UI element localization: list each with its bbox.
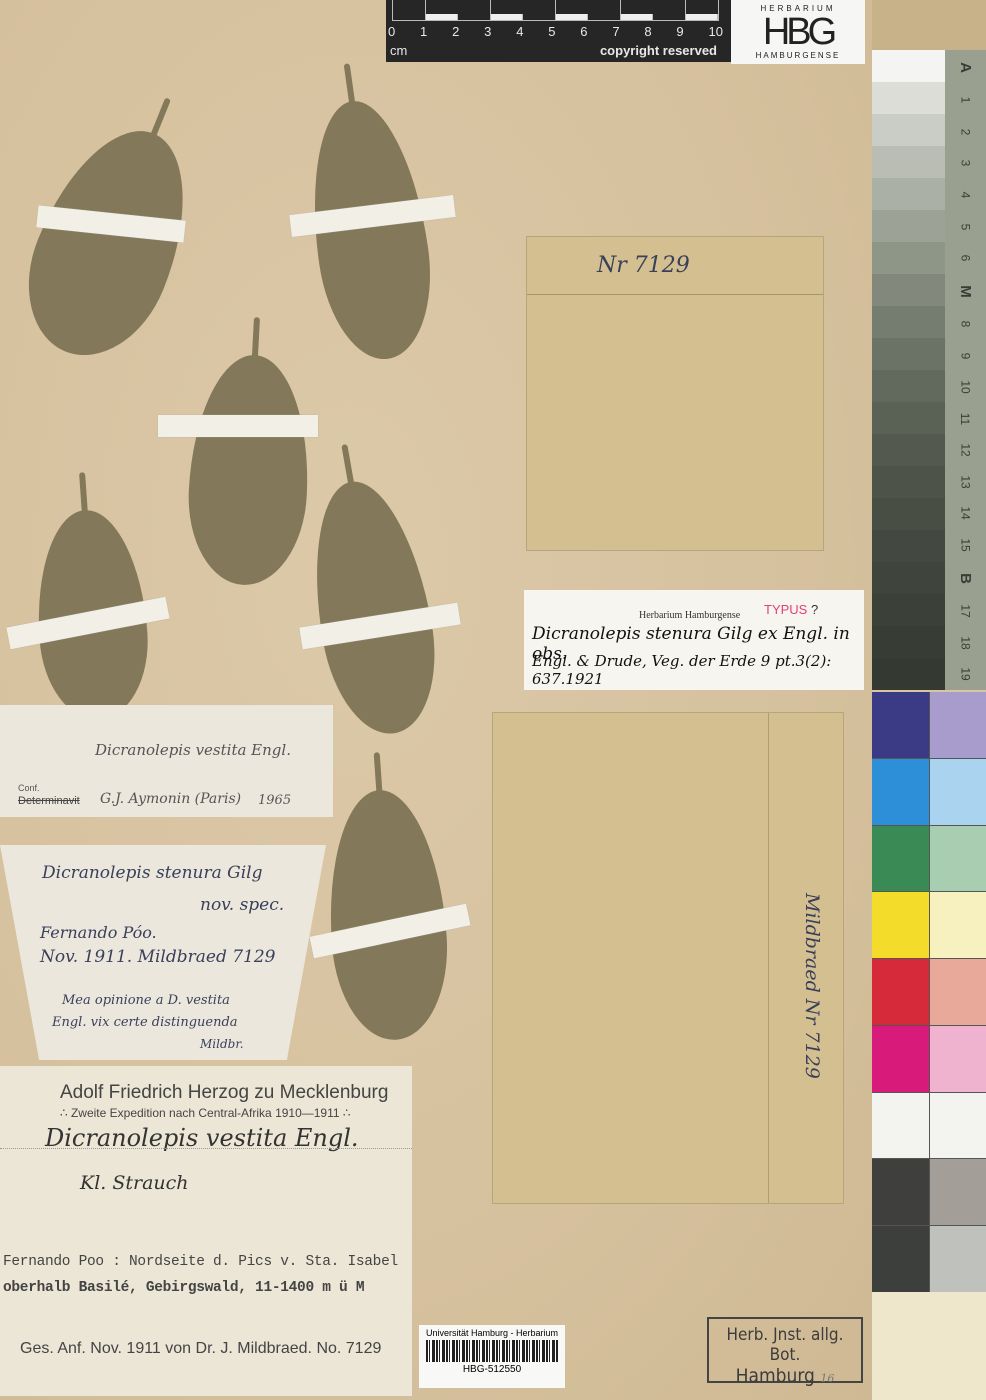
gray-label: B xyxy=(957,573,974,584)
typus-text: TYPUS xyxy=(764,602,807,617)
scale-num: 4 xyxy=(516,24,523,39)
gray-patch xyxy=(872,178,945,210)
det-prefix-note: Conf. xyxy=(18,783,40,793)
gray-patch xyxy=(872,466,945,498)
logo-bottom: HAMBURGENSE xyxy=(731,51,865,60)
scale-unit: cm xyxy=(390,43,407,58)
gray-label: 13 xyxy=(958,475,972,488)
note-line: Fernando Póo. xyxy=(40,923,157,942)
envelope-vertical-note: Mildbraed Nr 7129 xyxy=(793,893,823,1079)
color-patch xyxy=(872,1026,929,1092)
gray-scale-strip xyxy=(872,50,945,690)
scale-num: 3 xyxy=(484,24,491,39)
logo-mark: HBG xyxy=(731,13,865,51)
gray-scale-labels: A123456M89101112131415B171819 xyxy=(945,50,986,690)
note-line: Nov. 1911. Mildbraed 7129 xyxy=(40,947,276,967)
type-label-institution: Herbarium Hamburgense xyxy=(639,610,740,621)
color-patch xyxy=(930,892,986,958)
gray-patch xyxy=(872,370,945,402)
gray-patch xyxy=(872,402,945,434)
envelope-fold xyxy=(768,713,769,1203)
scale-num: 9 xyxy=(676,24,683,39)
chart-margin xyxy=(872,0,986,50)
label-rule xyxy=(0,1148,412,1149)
gray-patch xyxy=(872,658,945,690)
gray-label: 2 xyxy=(959,129,973,136)
color-patch xyxy=(872,1226,929,1292)
gray-label: 5 xyxy=(959,223,973,230)
label-collector: Ges. Anf. Nov. 1911 von Dr. J. Mildbraed… xyxy=(20,1340,381,1358)
gray-patch xyxy=(872,562,945,594)
barcode-label: Universität Hamburg - Herbarium HBG-5125… xyxy=(419,1325,565,1388)
barcode-title: Universität Hamburg - Herbarium xyxy=(419,1328,565,1338)
color-patch xyxy=(930,1093,986,1159)
copyright-text: copyright reserved xyxy=(600,43,717,58)
institute-stamp: Herb. Jnst. allg. Bot. Hamburg 16 xyxy=(707,1317,863,1383)
note-line: Mea opinione a D. vestita xyxy=(62,993,230,1008)
determination-label: Dicranolepis vestita Engl. Conf. Determi… xyxy=(0,705,333,817)
gray-label: 4 xyxy=(959,192,973,199)
label-locality-1: Fernando Poo : Nordseite d. Pics v. Sta.… xyxy=(3,1254,398,1270)
color-patch xyxy=(872,959,929,1025)
det-year: 1965 xyxy=(258,793,291,808)
gray-label: 19 xyxy=(958,667,972,680)
color-patch xyxy=(930,1226,986,1292)
color-patch xyxy=(872,826,929,892)
handwritten-note: Dicranolepis stenura Gilg nov. spec. Fer… xyxy=(0,845,326,1060)
color-checker xyxy=(872,692,986,1292)
color-patch xyxy=(930,959,986,1025)
gray-label: 18 xyxy=(958,636,972,649)
color-patch xyxy=(872,892,929,958)
scale-bar: 0 1 2 3 4 5 6 7 8 9 10 cm copyright rese… xyxy=(386,0,731,62)
stamp-line-2: Hamburg xyxy=(736,1365,815,1387)
type-label: Herbarium Hamburgense TYPUS ? Dicranolep… xyxy=(524,590,864,690)
gray-label: 1 xyxy=(959,97,973,104)
color-patch xyxy=(930,1026,986,1092)
scale-num: 7 xyxy=(612,24,619,39)
gray-label: 17 xyxy=(958,604,972,617)
scale-num: 1 xyxy=(420,24,427,39)
gray-patch xyxy=(872,338,945,370)
seed-envelope-top: Nr 7129 xyxy=(526,236,824,551)
scale-num: 2 xyxy=(452,24,459,39)
gray-label: A xyxy=(957,62,974,73)
stamp-line-1: Herb. Jnst. allg. Bot. xyxy=(709,1325,861,1365)
typus-stamp: TYPUS ? xyxy=(764,602,818,617)
color-patch xyxy=(872,692,929,758)
scale-num: 10 xyxy=(708,24,722,39)
gray-label: 15 xyxy=(958,538,972,551)
gray-label: 12 xyxy=(958,444,972,457)
gray-patch xyxy=(872,114,945,146)
det-species: Dicranolepis vestita Engl. xyxy=(95,741,291,759)
gray-patch xyxy=(872,434,945,466)
color-patch xyxy=(872,759,929,825)
gray-patch xyxy=(872,242,945,274)
color-patch xyxy=(930,692,986,758)
color-patch xyxy=(930,1159,986,1225)
label-header: Adolf Friedrich Herzog zu Mecklenburg xyxy=(60,1082,388,1104)
gray-patch xyxy=(872,210,945,242)
gray-patch xyxy=(872,626,945,658)
envelope-flap-line xyxy=(527,294,823,295)
scale-numbers: 0 1 2 3 4 5 6 7 8 9 10 xyxy=(388,24,723,39)
gray-patch xyxy=(872,146,945,178)
gray-label: 3 xyxy=(959,160,973,167)
note-line: Mildbr. xyxy=(200,1037,244,1051)
note-line: Dicranolepis stenura Gilg xyxy=(42,863,263,883)
gray-patch xyxy=(872,306,945,338)
gray-label: M xyxy=(957,285,974,298)
label-locality-2: oberhalb Basilé, Gebirgswald, 11-1400 m … xyxy=(3,1280,364,1296)
gray-label: 8 xyxy=(959,321,973,328)
gray-patch xyxy=(872,530,945,562)
gray-label: 9 xyxy=(959,352,973,359)
det-determiner: G.J. Aymonin (Paris) xyxy=(100,791,241,807)
seed-envelope-bottom: Mildbraed Nr 7129 xyxy=(492,712,844,1204)
color-patch xyxy=(872,1093,929,1159)
note-line: nov. spec. xyxy=(200,895,284,915)
chart-bottom xyxy=(872,1292,986,1400)
envelope-number: Nr 7129 xyxy=(597,253,690,278)
barcode-id: HBG-512550 xyxy=(419,1364,565,1375)
note-line: Engl. vix certe distinguenda xyxy=(52,1015,238,1030)
leaf-strap xyxy=(158,415,318,437)
gray-patch xyxy=(872,594,945,626)
typus-note: ? xyxy=(811,602,818,617)
hbg-logo: HERBARIUM HBG HAMBURGENSE xyxy=(731,0,865,64)
gray-label: 14 xyxy=(958,507,972,520)
color-patch xyxy=(930,759,986,825)
gray-patch xyxy=(872,498,945,530)
collection-label: Adolf Friedrich Herzog zu Mecklenburg ∴ … xyxy=(0,1066,412,1396)
gray-label: 11 xyxy=(959,413,973,425)
det-prefix: Determinavit xyxy=(18,795,80,807)
stamp-note: 16 xyxy=(820,1372,834,1385)
label-subheader: ∴ Zweite Expedition nach Central-Afrika … xyxy=(60,1106,351,1120)
color-patch xyxy=(872,1159,929,1225)
gray-patch xyxy=(872,50,945,82)
gray-label: 6 xyxy=(959,255,973,262)
gray-patch xyxy=(872,274,945,306)
scale-num: 6 xyxy=(580,24,587,39)
scale-num: 5 xyxy=(548,24,555,39)
scale-ticks xyxy=(392,0,719,21)
type-label-citation: Engl. & Drude, Veg. der Erde 9 pt.3(2): … xyxy=(532,652,864,688)
color-patch xyxy=(930,826,986,892)
gray-patch xyxy=(872,82,945,114)
gray-label: 10 xyxy=(958,381,972,394)
scale-num: 8 xyxy=(644,24,651,39)
label-habit: Kl. Strauch xyxy=(80,1172,189,1194)
barcode xyxy=(426,1340,558,1362)
scale-num: 0 xyxy=(388,24,395,39)
